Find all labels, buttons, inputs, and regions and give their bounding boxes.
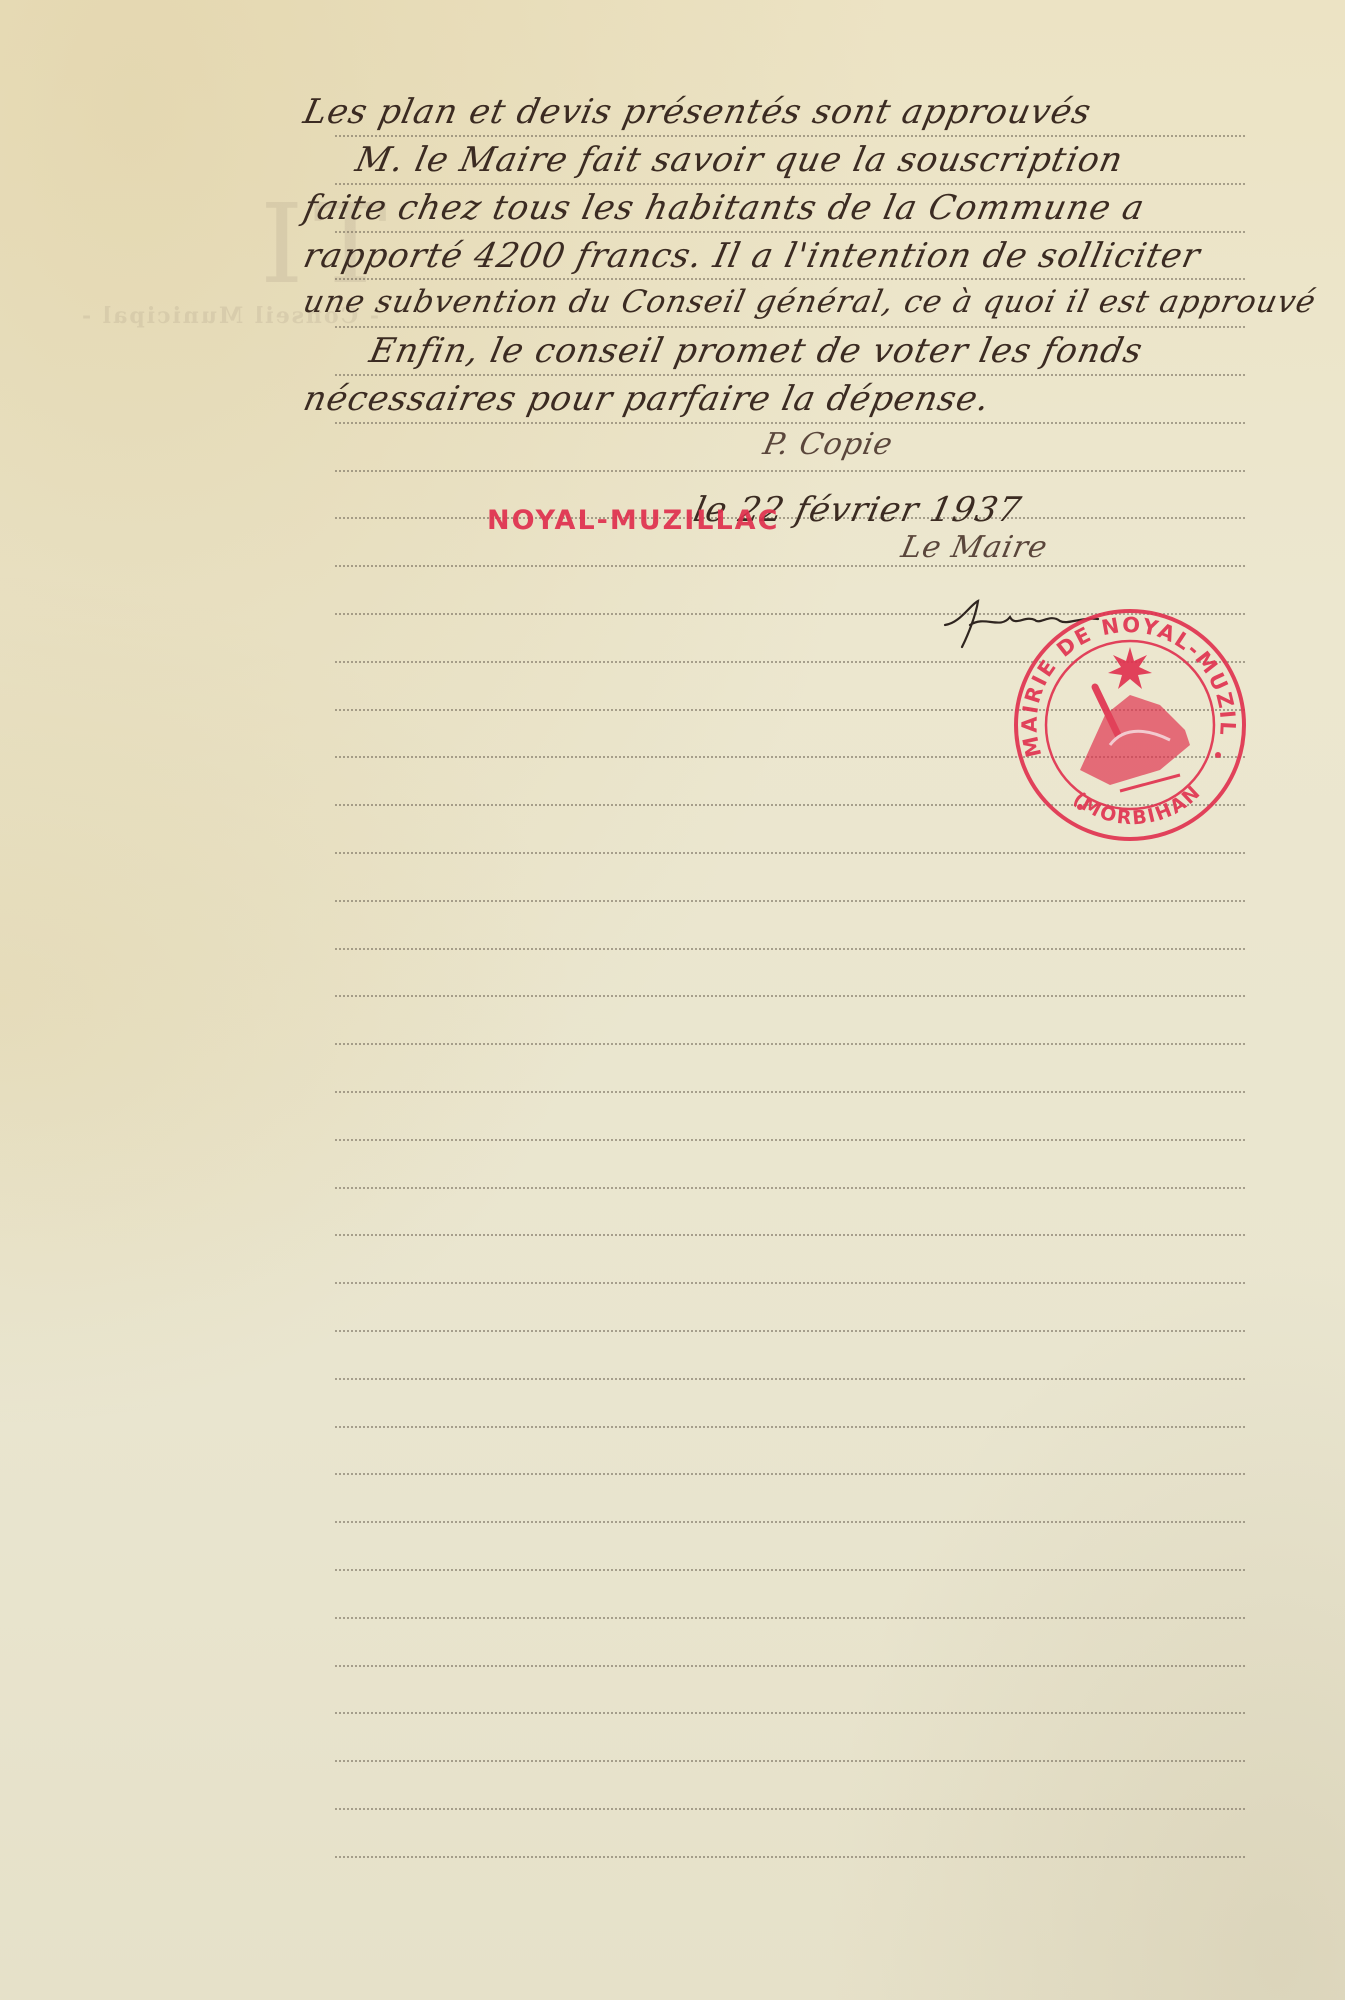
body-line-2: M. le Maire fait savoir que la souscript…	[352, 140, 1127, 180]
body-line-1: Les plan et devis présentés sont approuv…	[300, 92, 1095, 132]
ruled-line	[335, 1856, 1245, 1858]
ruled-line	[335, 1378, 1245, 1380]
ruled-line	[335, 1426, 1245, 1428]
mayor-title: Le Maire	[898, 530, 1051, 565]
ruled-line	[335, 470, 1245, 472]
document-page: TI - Conseil Municipal - Les plan et dev…	[0, 0, 1345, 2000]
ruled-line	[335, 422, 1245, 424]
ruled-line	[335, 1330, 1245, 1332]
ruled-line	[335, 565, 1245, 567]
ruled-line	[335, 1139, 1245, 1141]
ruled-line	[335, 183, 1245, 185]
ruled-line	[335, 1712, 1245, 1714]
ruled-line	[335, 1760, 1245, 1762]
ruled-line	[335, 1473, 1245, 1475]
ruled-line	[335, 1234, 1245, 1236]
ruled-line	[335, 1091, 1245, 1093]
copy-mark: P. Copie	[760, 427, 896, 462]
ruled-line	[335, 326, 1245, 328]
ruled-line	[335, 1282, 1245, 1284]
body-line-6: Enfin, le conseil promet de voter les fo…	[366, 331, 1146, 371]
ruled-line	[335, 1808, 1245, 1810]
ruled-line	[335, 278, 1245, 280]
ruled-line	[335, 374, 1245, 376]
ruled-line	[335, 900, 1245, 902]
mairie-seal-icon: MAIRIE DE NOYAL-MUZILLAC (MORBIHAN)	[1010, 605, 1250, 845]
ruled-line	[335, 852, 1245, 854]
ruled-line	[335, 948, 1245, 950]
ruled-line	[335, 1521, 1245, 1523]
body-line-7: nécessaires pour parfaire la dépense.	[300, 379, 994, 419]
ruled-line	[335, 1617, 1245, 1619]
body-line-4: rapporté 4200 francs. Il a l'intention d…	[300, 236, 1204, 276]
body-line-3: faite chez tous les habitants de la Comm…	[300, 188, 1148, 228]
ruled-line	[335, 231, 1245, 233]
ruled-line	[335, 1043, 1245, 1045]
ruled-line	[335, 1187, 1245, 1189]
ruled-line	[335, 995, 1245, 997]
ruled-line	[335, 1569, 1245, 1571]
ruled-line	[335, 1665, 1245, 1667]
body-line-5: une subvention du Conseil général, ce à …	[300, 284, 1319, 320]
ruled-line	[335, 135, 1245, 137]
place-stamp: NOYAL-MUZILLAC	[487, 505, 779, 536]
